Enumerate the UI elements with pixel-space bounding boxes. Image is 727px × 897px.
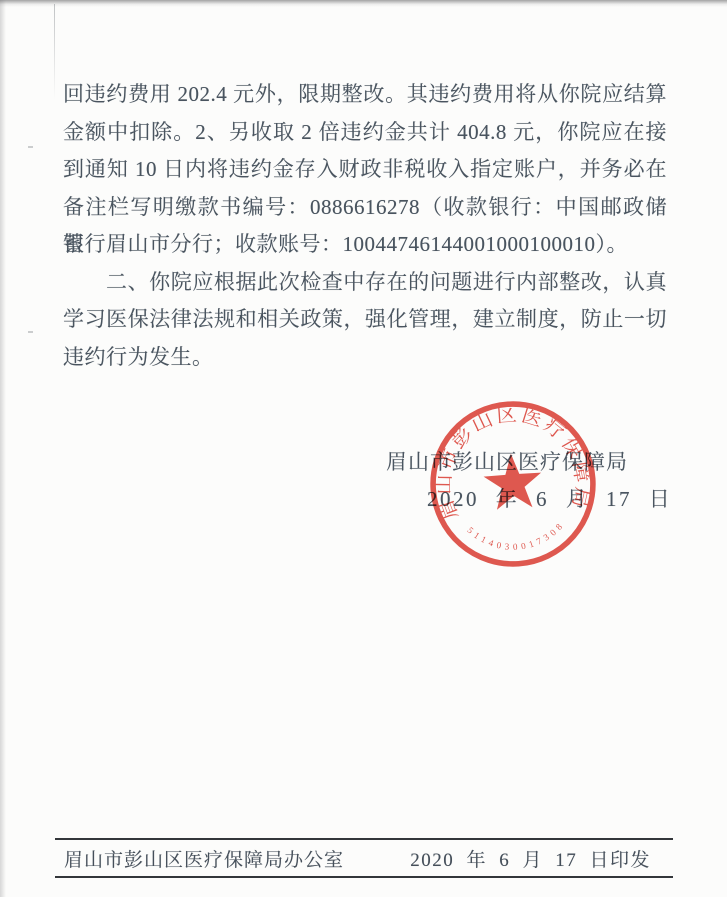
body-line: 二、你院应根据此次检查中存在的问题进行内部整改，认真	[63, 264, 667, 302]
body-line: 到通知 10 日内将违约金存入财政非税收入指定账户，并务必在	[63, 151, 667, 189]
scan-artifact-line	[54, 4, 55, 100]
seal-star-icon	[482, 452, 543, 511]
body-line: 备注栏写明缴款书编号：0886616278（收款银行：中国邮政储蓄	[63, 189, 667, 227]
body-line: 学习医保法律法规和相关政策，强化管理，建立制度，防止一切	[63, 301, 667, 339]
document-body-text: 回违约费用 202.4 元外，限期整改。其违约费用将从你院应结算 金额中扣除。2…	[63, 76, 667, 376]
body-line: 违约行为发生。	[63, 339, 667, 377]
footer-office-name: 眉山市彭山区医疗保障局办公室	[64, 845, 344, 872]
footer-colophon: 眉山市彭山区医疗保障局办公室 2020 年 6 月 17 日印发	[55, 838, 673, 878]
body-line: 金额中扣除。2、另收取 2 倍违约金共计 404.8 元，你院应在接	[63, 114, 667, 152]
footer-print-date: 2020 年 6 月 17 日印发	[410, 845, 651, 872]
scan-edge-shadow-top	[0, 0, 727, 7]
body-line: 回违约费用 202.4 元外，限期整改。其违约费用将从你院应结算	[63, 76, 667, 114]
scan-artifact-tick	[28, 331, 33, 333]
scan-edge-shadow-left	[0, 0, 6, 897]
body-line: 银行眉山市分行；收款账号：10044746144001000100010）。	[63, 226, 667, 264]
official-seal: 眉山市彭山区医疗保障局 5114030017308	[420, 391, 606, 577]
scan-artifact-tick	[28, 146, 33, 148]
scanned-document-page: 回违约费用 202.4 元外，限期整改。其违约费用将从你院应结算 金额中扣除。2…	[0, 0, 727, 897]
seal-serial-number: 5114030017308	[465, 518, 568, 555]
